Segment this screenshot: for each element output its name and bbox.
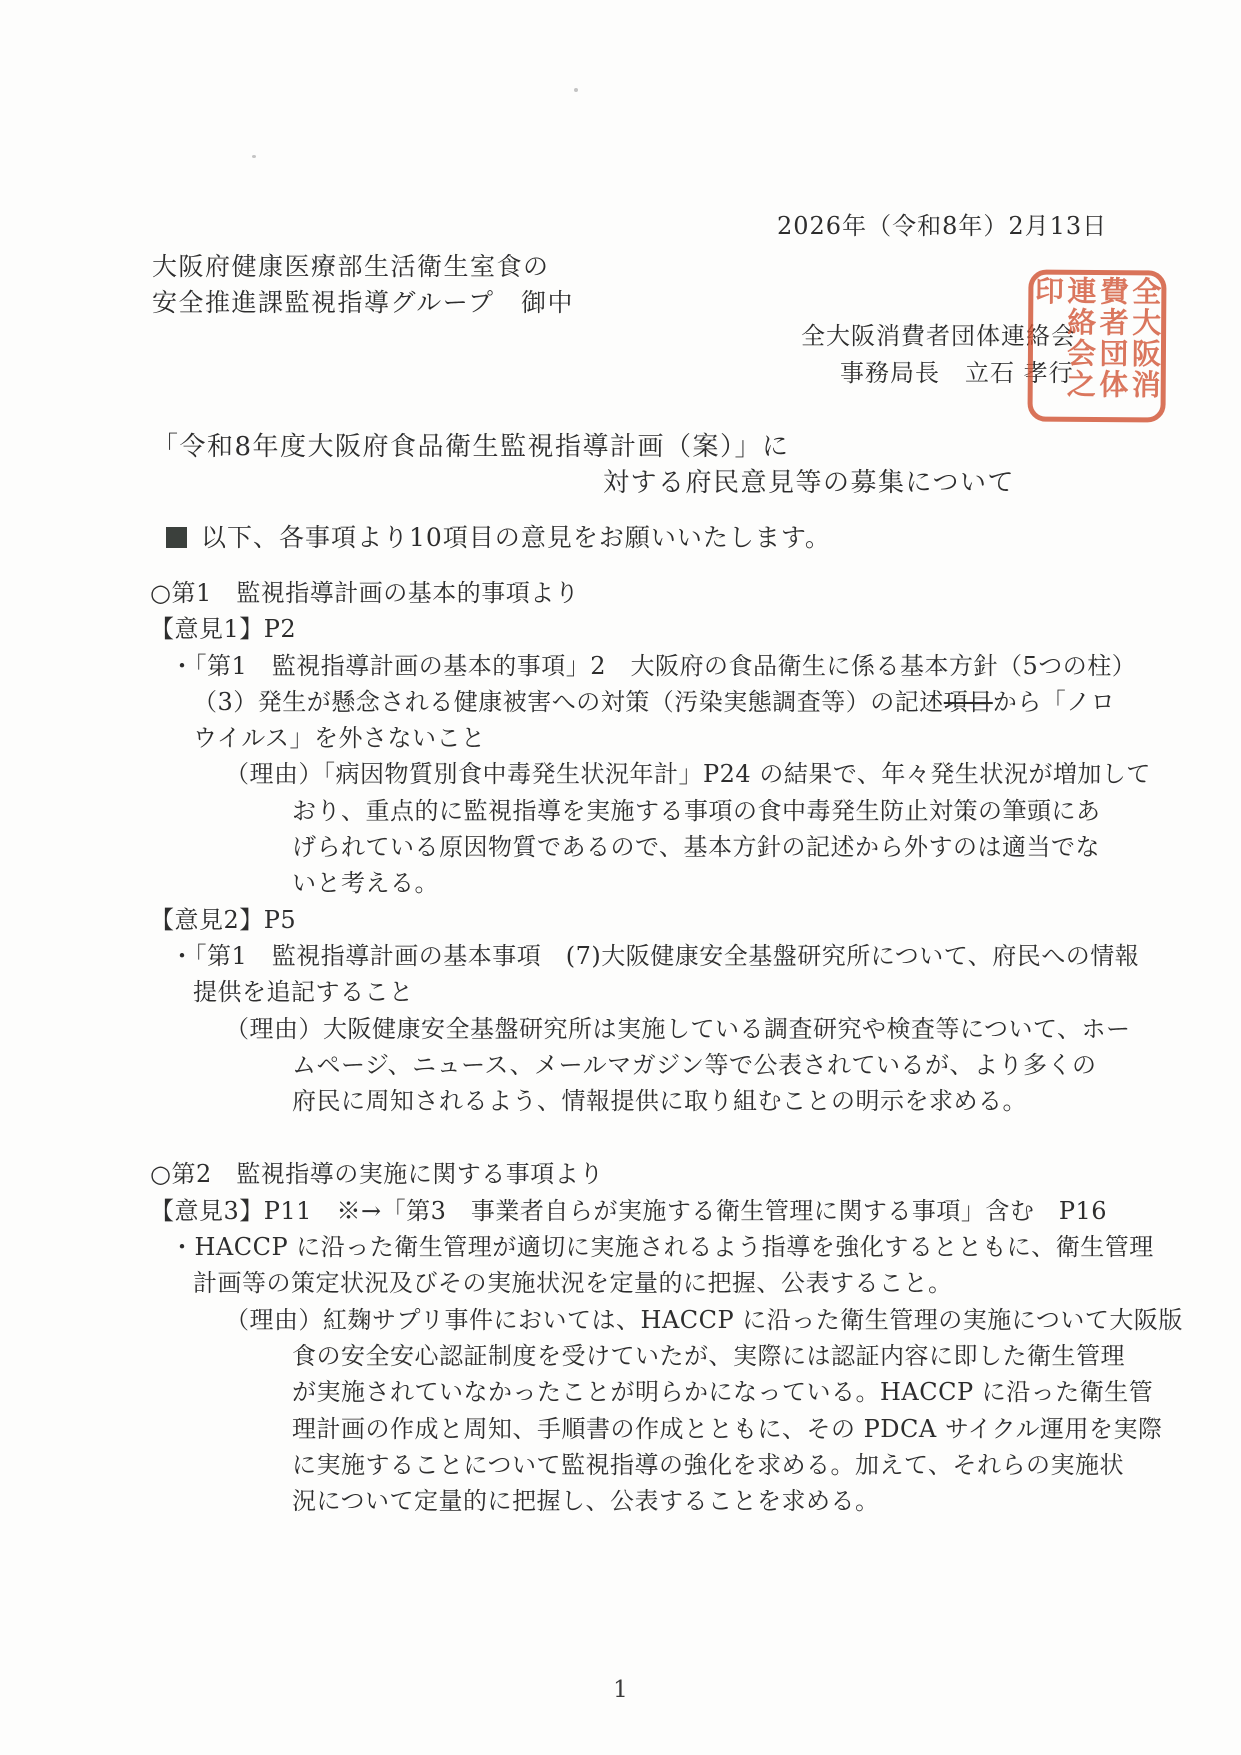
struck-text: 項目	[944, 688, 993, 716]
text-line: ムページ、ニュース、メールマガジン等で公表されているが、より多くの	[292, 1047, 1241, 1083]
scan-artifact	[252, 155, 256, 158]
text-line: 【意見3】P11 ※→「第3 事業者自らが実施する衛生管理に関する事項」含む P…	[150, 1193, 1241, 1229]
text-line: が実施されていなかったことが明らかになっている。HACCP に沿った衛生管	[292, 1374, 1241, 1410]
text-line: ○第2 監視指導の実施に関する事項より	[150, 1156, 1241, 1192]
document-title-line-1: 「令和8年度大阪府食品衛生監視指導計画（案）」に	[152, 426, 790, 463]
text-line: （理由）大阪健康安全基盤研究所は実施している調査研究や検査等について、ホー	[225, 1011, 1241, 1047]
text-line: 食の安全安心認証制度を受けていたが、実際には認証内容に即した衛生管理	[292, 1338, 1241, 1374]
body-text-block: ○第1 監視指導計画の基本的事項より【意見1】P2・「第1 監視指導計画の基本的…	[0, 575, 1241, 1519]
text-line: ・「第1 監視指導計画の基本事項 (7)大阪健康安全基盤研究所について、府民への…	[170, 938, 1241, 974]
text-line: ウイルス」を外さないこと	[193, 720, 1241, 756]
scanned-letter-page: 2026年（令和8年）2月13日 大阪府健康医療部生活衛生室食の 安全推進課監視…	[0, 0, 1241, 1755]
intro-text: 以下、各事項より10項目の意見をお願いいたします。	[201, 523, 831, 552]
text-line: ・「第1 監視指導計画の基本的事項」2 大阪府の食品衛生に係る基本方針（5つの柱…	[170, 648, 1241, 684]
text-line: （理由）「病因物質別食中毒発生状況年計」P24 の結果で、年々発生状況が増加して	[225, 756, 1241, 792]
document-date: 2026年（令和8年）2月13日	[777, 206, 1107, 241]
text-line: 況について定量的に把握し、公表することを求める。	[292, 1483, 1241, 1519]
text-line: （3）発生が懸念される健康被害への対策（汚染実態調査等）の記述項目から「ノロ	[193, 684, 1241, 720]
recipient-line-2: 安全推進課監視指導グループ 御中	[152, 283, 574, 319]
text-line: 【意見1】P2	[150, 611, 1241, 647]
text-line: いと考える。	[292, 865, 1241, 901]
text-line: 府民に周知されるよう、情報提供に取り組むことの明示を求める。	[292, 1083, 1241, 1119]
text-line: 提供を追記すること	[193, 974, 1241, 1010]
recipient-line-1: 大阪府健康医療部生活衛生室食の	[152, 247, 550, 283]
page-number: 1	[0, 1677, 1241, 1703]
document-title-line-2: 対する府民意見等の募集について	[603, 462, 1015, 499]
text-line: 【意見2】P5	[150, 902, 1241, 938]
text-line: 計画等の策定状況及びその実施状況を定量的に把握、公表すること。	[193, 1265, 1241, 1301]
red-seal-stamp-icon: 全大阪消費者団体連絡会之印	[1027, 270, 1166, 423]
seal-stamp-text: 全大阪消費者団体連絡会之印	[1035, 276, 1162, 415]
text-line: に実施することについて監視指導の強化を求める。加えて、それらの実施状	[292, 1447, 1241, 1483]
black-square-bullet-icon	[166, 527, 187, 548]
text-line: げられている原因物質であるので、基本方針の記述から外すのは適当でな	[292, 829, 1241, 865]
scan-artifact	[574, 88, 578, 92]
text-line: おり、重点的に監視指導を実施する事項の食中毒発生防止対策の筆頭にあ	[292, 793, 1241, 829]
text-line: ・HACCP に沿った衛生管理が適切に実施されるよう指導を強化するとともに、衛生…	[170, 1229, 1241, 1265]
text-line: 理計画の作成と周知、手順書の作成とともに、その PDCA サイクル運用を実際	[292, 1411, 1241, 1447]
text-line: ○第1 監視指導計画の基本的事項より	[150, 575, 1241, 611]
intro-line: 以下、各事項より10項目の意見をお願いいたします。	[166, 518, 831, 554]
text-line: （理由）紅麹サプリ事件においては、HACCP に沿った衛生管理の実施について大阪…	[225, 1302, 1241, 1338]
